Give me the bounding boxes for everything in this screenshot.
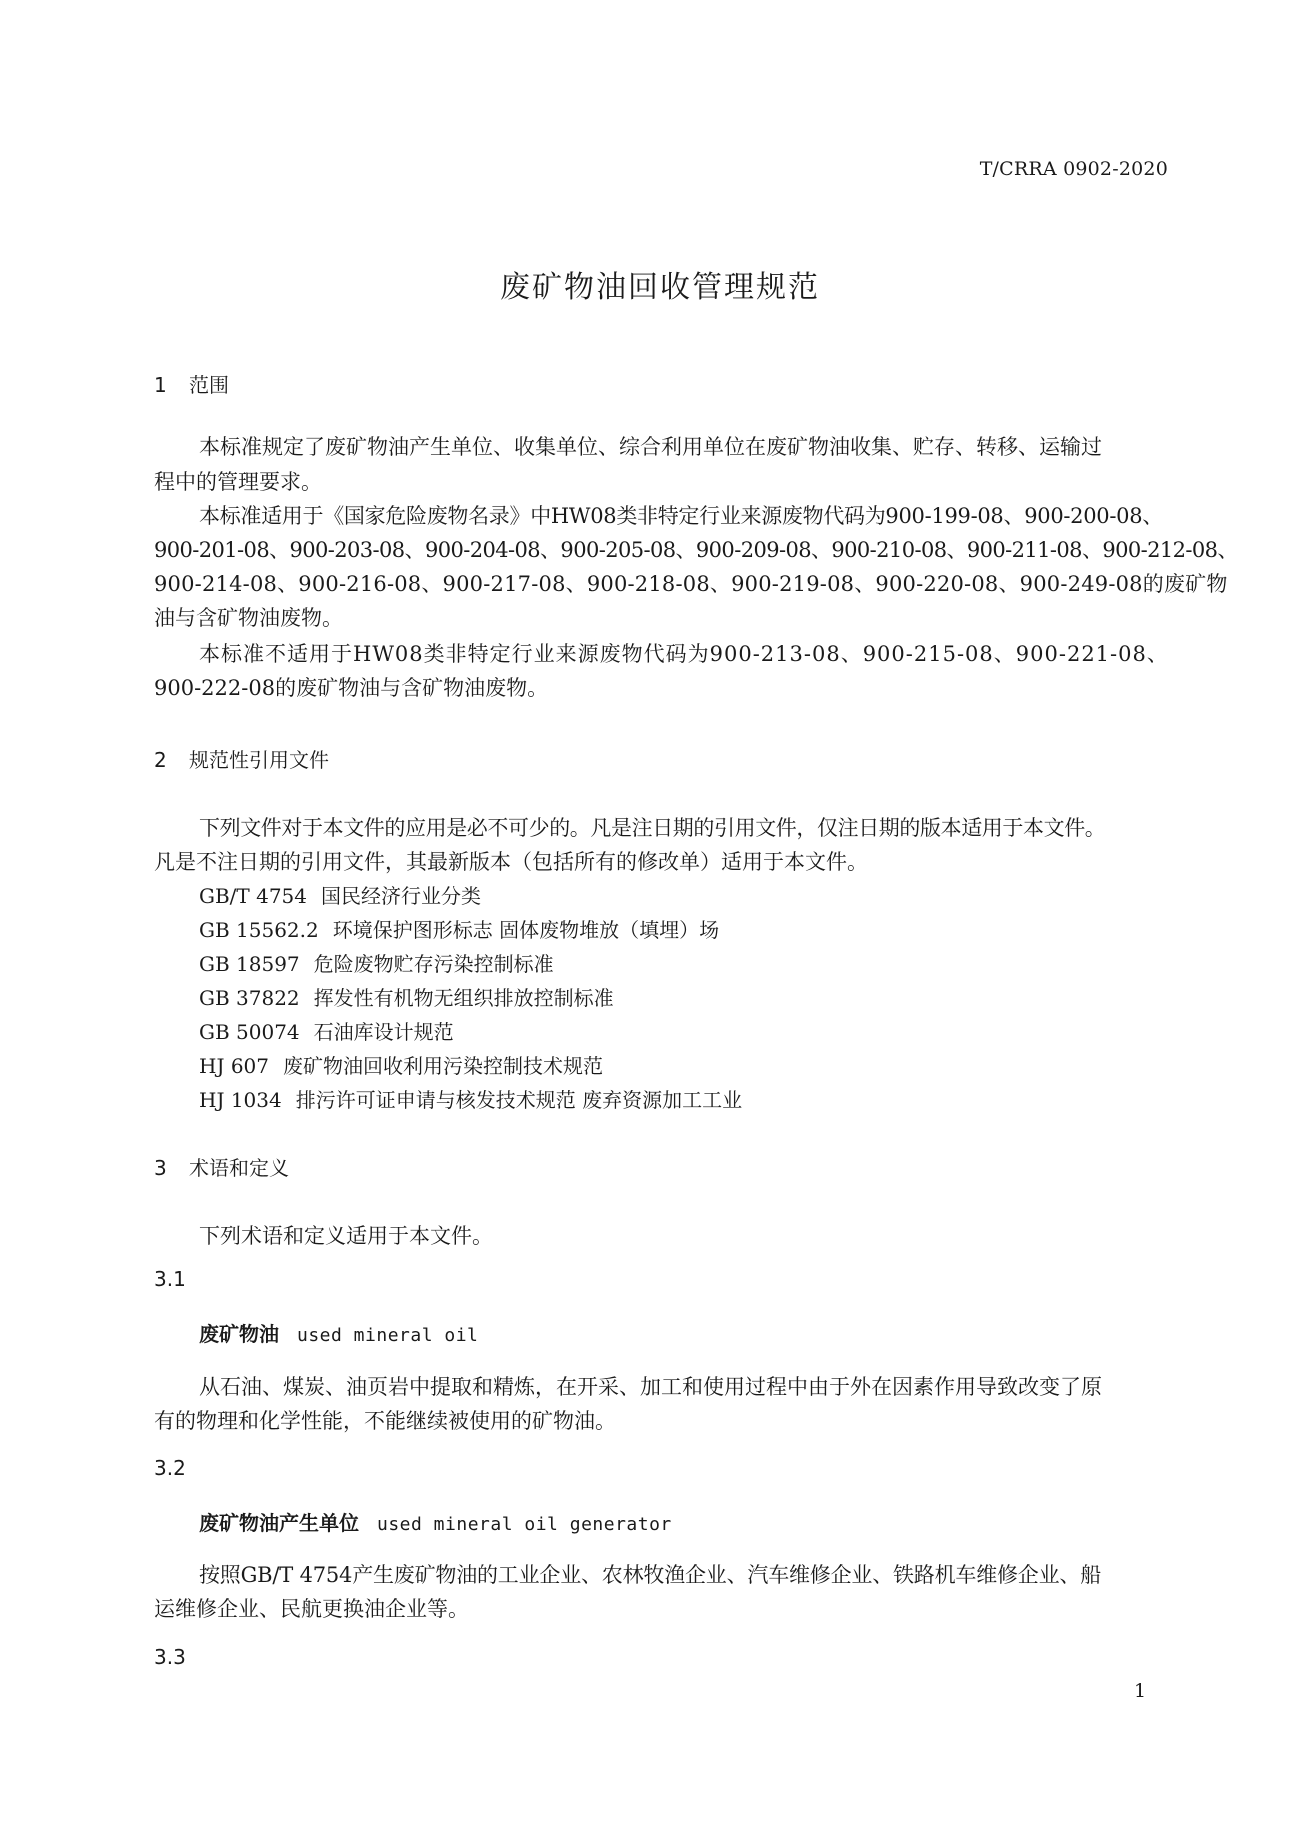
section-heading-terms-definitions: 3术语和定义 [154,1152,289,1181]
reference-item: GB/T 4754国民经济行业分类 [199,880,481,909]
section-heading-scope: 1范围 [154,369,229,398]
term-chinese: 废矿物油产生单位 [199,1511,359,1535]
paragraph-line: 900-222-08的废矿物油与含矿物油废物。 [154,672,548,702]
reference-item: GB 50074石油库设计规范 [199,1016,454,1045]
paragraph-line: 本标准适用于《国家危险废物名录》中HW08类非特定行业来源废物代码为900-19… [199,500,1163,530]
term-english: used mineral oil generator [377,1514,672,1535]
term-english: used mineral oil [297,1325,478,1346]
reference-code: GB/T 4754 [199,884,307,908]
document-code: T/CRRA 0902-2020 [980,158,1168,180]
definition-line: 从石油、煤炭、油页岩中提取和精炼，在开采、加工和使用过程中由于外在因素作用导致改… [199,1371,1102,1401]
clause-number: 3.3 [154,1645,186,1669]
section-number: 1 [154,373,189,397]
paragraph-line: 程中的管理要求。 [154,466,322,496]
reference-code: GB 37822 [199,986,300,1010]
reference-code: GB 15562.2 [199,918,319,942]
reference-title: 环境保护图形标志 固体废物堆放（填埋）场 [333,918,719,942]
reference-code: GB 18597 [199,952,300,976]
reference-title: 国民经济行业分类 [321,884,481,908]
reference-item: GB 37822挥发性有机物无组织排放控制标准 [199,982,614,1011]
reference-code: GB 50074 [199,1020,300,1044]
reference-title: 石油库设计规范 [314,1020,454,1044]
reference-item: HJ 607废矿物油回收利用污染控制技术规范 [199,1050,603,1079]
paragraph-line: 900-201-08、900-203-08、900-204-08、900-205… [154,534,1238,564]
reference-item: GB 15562.2环境保护图形标志 固体废物堆放（填埋）场 [199,914,719,943]
paragraph-line: 900-214-08、900-216-08、900-217-08、900-218… [154,568,1228,598]
reference-code: HJ 1034 [199,1088,282,1112]
paragraph-line: 油与含矿物油废物。 [154,602,343,632]
reference-title: 危险废物贮存污染控制标准 [314,952,554,976]
reference-code: HJ 607 [199,1054,269,1078]
document-page: T/CRRA 0902-2020 废矿物油回收管理规范 1范围 本标准规定了废矿… [0,0,1290,1825]
reference-item: HJ 1034排污许可证申请与核发技术规范 废弃资源加工工业 [199,1084,742,1113]
paragraph-line: 下列术语和定义适用于本文件。 [199,1220,493,1250]
reference-title: 挥发性有机物无组织排放控制标准 [314,986,614,1010]
clause-number: 3.1 [154,1267,186,1291]
section-title: 术语和定义 [189,1156,289,1180]
reference-title: 废矿物油回收利用污染控制技术规范 [283,1054,603,1078]
term-entry: 废矿物油used mineral oil [199,1318,478,1347]
document-title: 废矿物油回收管理规范 [0,262,1290,306]
section-heading-normative-references: 2规范性引用文件 [154,744,329,773]
definition-line: 运维修企业、民航更换油企业等。 [154,1593,469,1623]
section-title: 范围 [189,373,229,397]
paragraph-line: 本标准规定了废矿物油产生单位、收集单位、综合利用单位在废矿物油收集、贮存、转移、… [199,431,1102,461]
reference-item: GB 18597危险废物贮存污染控制标准 [199,948,554,977]
section-title: 规范性引用文件 [189,748,329,772]
paragraph-line: 下列文件对于本文件的应用是必不可少的。凡是注日期的引用文件，仅注日期的版本适用于… [199,812,1105,842]
section-number: 3 [154,1156,189,1180]
paragraph-line: 本标准不适用于HW08类非特定行业来源废物代码为900-213-08、900-2… [199,638,1169,668]
reference-title: 排污许可证申请与核发技术规范 废弃资源加工工业 [296,1088,742,1112]
page-number: 1 [1134,1680,1146,1702]
paragraph-line: 凡是不注日期的引用文件，其最新版本（包括所有的修改单）适用于本文件。 [154,846,868,876]
term-entry: 废矿物油产生单位used mineral oil generator [199,1507,672,1536]
section-number: 2 [154,748,189,772]
term-chinese: 废矿物油 [199,1322,279,1346]
clause-number: 3.2 [154,1456,186,1480]
definition-line: 有的物理和化学性能，不能继续被使用的矿物油。 [154,1405,616,1435]
definition-line: 按照GB/T 4754产生废矿物油的工业企业、农林牧渔企业、汽车维修企业、铁路机… [199,1559,1101,1589]
